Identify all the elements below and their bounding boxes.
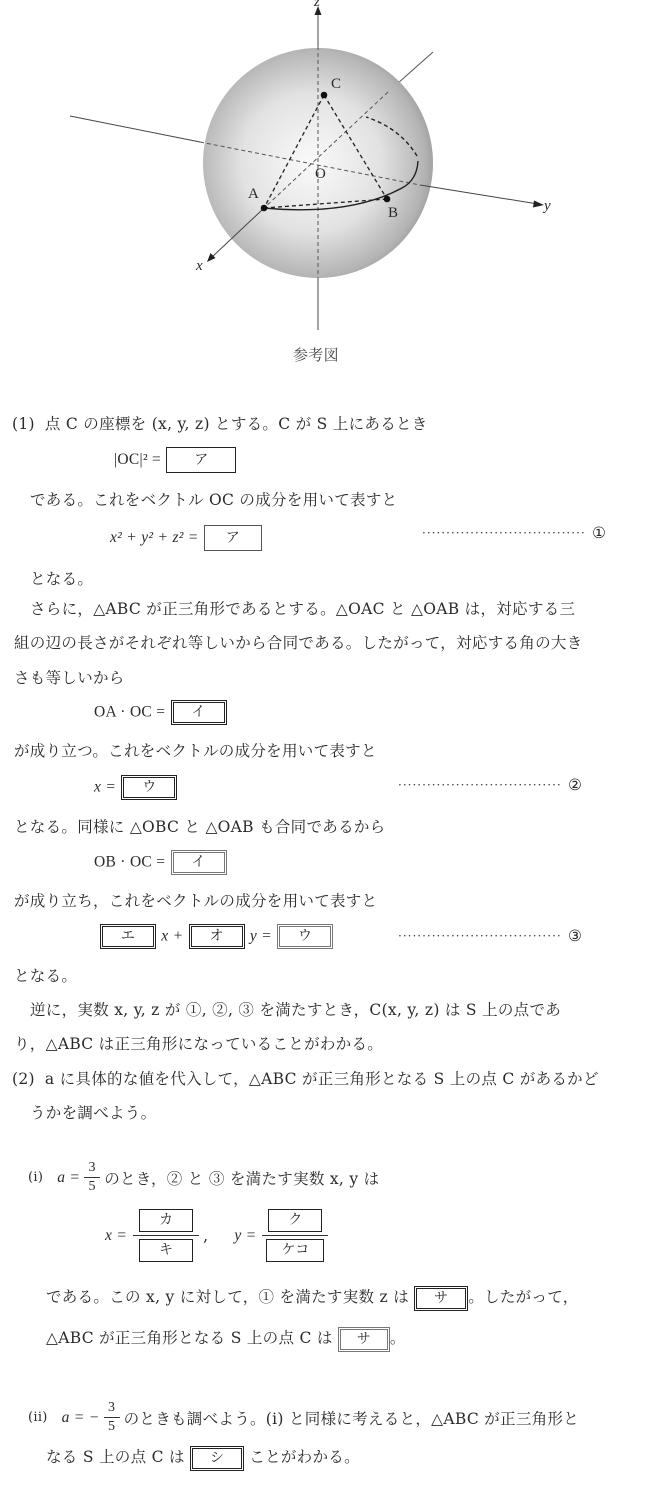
axis-label-x: x: [196, 258, 203, 275]
case-ii-post: ことがわかる。: [249, 1448, 360, 1466]
case-i-c-post: 。: [390, 1329, 406, 1347]
answer-box-u[interactable]: ウ: [121, 775, 177, 800]
case-i-label: (i): [28, 1170, 43, 1185]
case-i-z-pre: である。この x, y に対して，① を満たす実数 z は: [46, 1288, 409, 1306]
equation-3-leader: ··································: [398, 929, 562, 943]
answer-box-ki[interactable]: キ: [139, 1239, 193, 1262]
equation-oa-oc: OA · OC = イ: [94, 700, 227, 725]
holds-line-2: が成り立ち，これをベクトルの成分を用いて表すと: [14, 889, 377, 911]
case-i-z-post: 。したがって，: [468, 1288, 578, 1306]
fraction-bar: [104, 1417, 120, 1418]
part2-intro-text: a に具体的な値を代入して，△ABC が正三角形となる S 上の点 C があるか…: [45, 1070, 599, 1088]
naru-3: となる。: [14, 964, 77, 986]
answer-box-a-repeat[interactable]: ア: [204, 525, 262, 551]
equation-lhs: x =: [94, 779, 116, 796]
case-i-xy-fractions: x = カ キ , y = ク ケコ: [105, 1209, 328, 1262]
part2-intro-2: うかを調べよう。: [30, 1101, 156, 1123]
equation-lhs: |OC|² =: [114, 451, 161, 468]
equation-1-marker: ①: [592, 524, 606, 542]
part2-intro-1: (2)a に具体的な値を代入して，△ABC が正三角形となる S 上の点 C が…: [12, 1067, 599, 1089]
represent-line: である。これをベクトル OC の成分を用いて表すと: [30, 488, 397, 510]
case-i-z-line: である。この x, y に対して，① を満たす実数 z は サ。したがって，: [46, 1285, 579, 1311]
equation-lhs: OA · OC =: [94, 704, 165, 721]
numerator: 3: [89, 1160, 96, 1176]
holds-line: が成り立つ。これをベクトルの成分を用いて表すと: [14, 739, 377, 761]
fraction-three-fifths: 3 5: [84, 1160, 100, 1195]
fraction-bar: [262, 1235, 328, 1236]
answer-box-sa[interactable]: サ: [414, 1286, 468, 1311]
answer-box-a[interactable]: ア: [166, 447, 236, 473]
answer-box-ku[interactable]: ク: [268, 1209, 322, 1232]
point-label-b: B: [388, 205, 398, 222]
point-label-c: C: [331, 76, 341, 93]
part1-label: (1): [12, 415, 35, 433]
case-ii-header: (ii) a = − 3 5 のときも調べよう。(i) と同様に考えると，△AB…: [28, 1400, 579, 1435]
fraction-neg-three-fifths: 3 5: [104, 1400, 120, 1435]
case-ii-text: のときも調べよう。(i) と同様に考えると，△ABC が正三角形と: [124, 1407, 579, 1429]
reference-figure: z y x C O A B: [60, 0, 600, 370]
equation-1: x² + y² + z² = ア: [110, 525, 262, 551]
fraction-bar: [84, 1177, 100, 1178]
case-ii-pre: なる S 上の点 C は: [46, 1448, 185, 1466]
equation-1-leader: ··································: [422, 526, 586, 540]
para-equilateral-1: さらに，△ABC が正三角形であるとする。△OAC と △OAB は，対応する三: [30, 597, 575, 619]
para-equilateral-2: 組の辺の長さがそれぞれ等しいから合同である。したがって，対応する角の大き: [14, 631, 583, 653]
answer-box-keko[interactable]: ケコ: [266, 1239, 324, 1262]
answer-box-shi[interactable]: シ: [190, 1446, 244, 1471]
equation-ob-oc: OB · OC = イ: [94, 850, 227, 875]
case-ii-label: (ii): [28, 1410, 48, 1425]
answer-box-i[interactable]: イ: [171, 700, 227, 725]
answer-box-ka[interactable]: カ: [139, 1209, 193, 1232]
equation-term-y: y =: [250, 928, 272, 945]
fraction-bar: [133, 1235, 199, 1236]
axis-label-z: z: [314, 0, 320, 11]
para-converse-2: り，△ABC は正三角形になっていることがわかる。: [14, 1032, 383, 1054]
answer-box-u-repeat[interactable]: ウ: [277, 924, 333, 949]
numerator: 3: [108, 1400, 115, 1416]
a-lhs: a = −: [62, 1409, 100, 1427]
case-ii-c-line: なる S 上の点 C は シ ことがわかる。: [46, 1445, 360, 1471]
similar-line: となる。同様に △OBC と △OAB も合同であるから: [14, 815, 386, 837]
answer-box-e[interactable]: エ: [100, 924, 156, 949]
equation-lhs: OB · OC =: [94, 854, 165, 871]
x-fraction: カ キ: [133, 1209, 199, 1262]
case-i-c-line: △ABC が正三角形となる S 上の点 C は サ。: [46, 1326, 406, 1352]
part1-intro: (1)点 C の座標を (x, y, z) とする。C が S 上にあるとき: [12, 412, 428, 434]
sphere-diagram-icon: [60, 0, 600, 370]
para-converse-1: 逆に，実数 x, y, z が ①, ②, ③ を満たすとき，C(x, y, z…: [30, 998, 561, 1020]
equation-3: エ x + オ y = ウ: [100, 924, 333, 949]
y-fraction: ク ケコ: [262, 1209, 328, 1262]
equation-3-marker: ③: [568, 927, 582, 945]
axis-label-y: y: [544, 198, 551, 215]
case-i-header: (i) a = 3 5 のとき，② と ③ を満たす実数 x, y は: [28, 1160, 379, 1195]
answer-box-sa-repeat[interactable]: サ: [338, 1327, 390, 1352]
case-i-text: のとき，② と ③ を満たす実数 x, y は: [104, 1167, 379, 1189]
figure-caption: 参考図: [293, 344, 339, 365]
y-lhs: y =: [234, 1227, 256, 1245]
equation-lhs: x² + y² + z² =: [110, 529, 199, 546]
point-label-o: O: [315, 166, 326, 183]
a-lhs: a =: [57, 1169, 80, 1187]
equation-2-marker: ②: [568, 776, 582, 794]
denominator: 5: [108, 1419, 115, 1435]
answer-box-i-repeat[interactable]: イ: [171, 850, 227, 875]
x-lhs: x =: [105, 1227, 127, 1245]
part2-label: (2): [12, 1070, 35, 1088]
equation-oc-squared: |OC|² = ア: [114, 447, 236, 473]
separator: ,: [203, 1227, 208, 1245]
para-equilateral-3: さも等しいから: [14, 666, 125, 688]
part1-intro-text: 点 C の座標を (x, y, z) とする。C が S 上にあるとき: [45, 415, 428, 433]
naru-1: となる。: [30, 567, 93, 589]
case-i-c-pre: △ABC が正三角形となる S 上の点 C は: [46, 1329, 333, 1347]
denominator: 5: [89, 1179, 96, 1195]
equation-2: x = ウ: [94, 775, 177, 800]
answer-box-o[interactable]: オ: [189, 924, 245, 949]
point-label-a: A: [248, 186, 259, 203]
equation-2-leader: ··································: [398, 778, 562, 792]
equation-term-x: x +: [161, 928, 183, 945]
